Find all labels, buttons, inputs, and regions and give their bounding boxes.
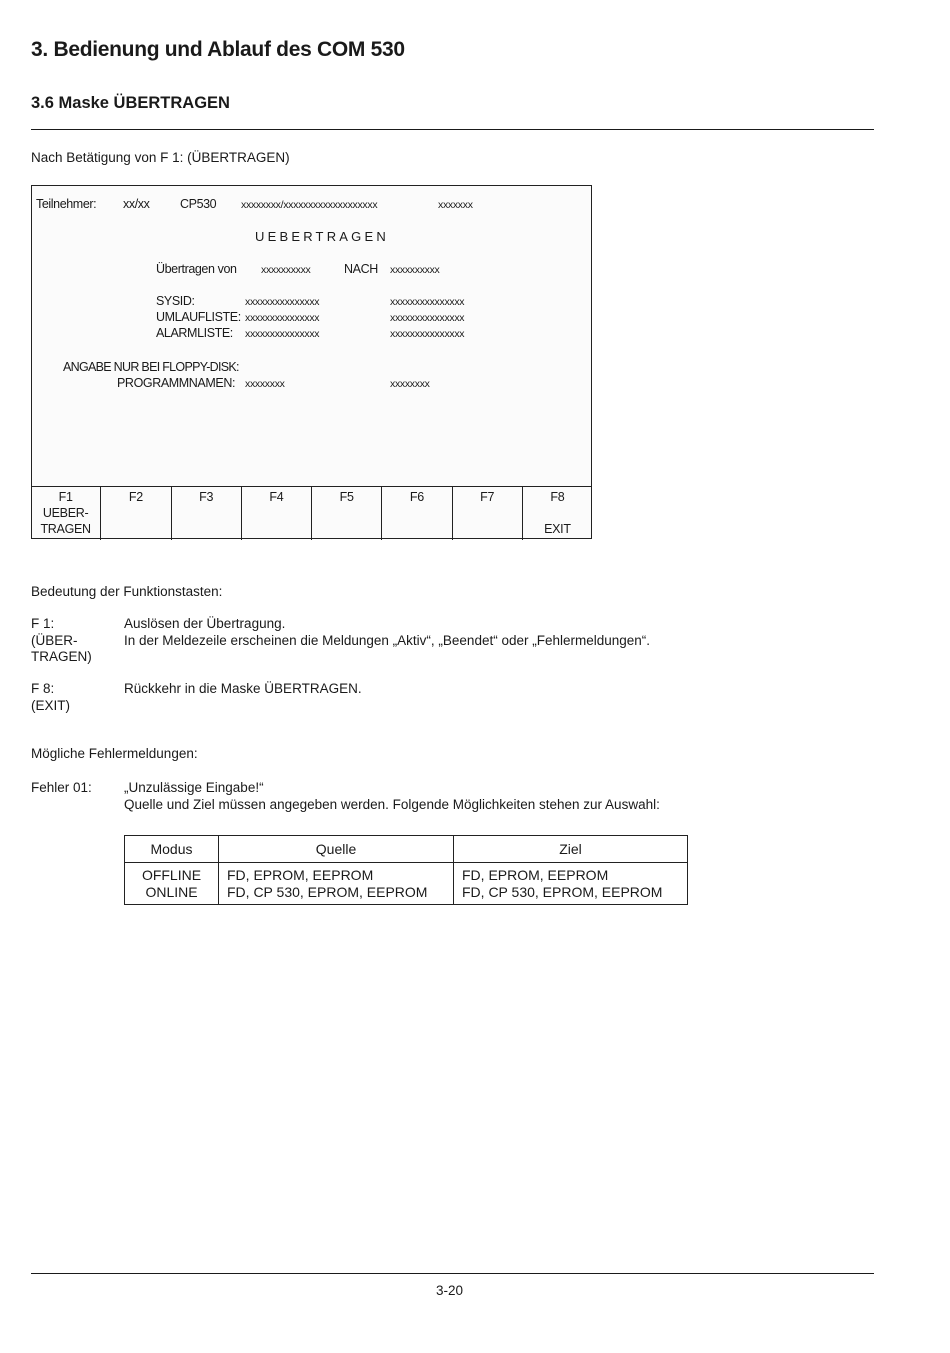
fkey-f1[interactable]: F1 UEBER- TRAGEN bbox=[31, 487, 101, 540]
function-keys-heading: Bedeutung der Funktionstasten: bbox=[31, 584, 222, 599]
transfer-from-label: Übertragen von bbox=[156, 262, 237, 276]
status-value: xxxxxxx bbox=[438, 199, 473, 211]
program-target-field[interactable]: xxxxxxxx bbox=[390, 378, 430, 390]
umlaufliste-source-field[interactable]: xxxxxxxxxxxxxxx bbox=[245, 312, 319, 324]
f8-description: Rückkehr in die Maske ÜBERTRAGEN. bbox=[124, 681, 362, 698]
alarmliste-source-field[interactable]: xxxxxxxxxxxxxxx bbox=[245, 328, 319, 340]
section-title: 3.6 Maske ÜBERTRAGEN bbox=[31, 94, 230, 113]
alarmliste-target-field[interactable]: xxxxxxxxxxxxxxx bbox=[390, 328, 464, 340]
program-names-label: PROGRAMMNAMEN: bbox=[117, 376, 235, 390]
alarmliste-label: ALARMLISTE: bbox=[156, 326, 233, 340]
fkey-f5[interactable]: F5 bbox=[312, 487, 382, 540]
floppy-note: ANGABE NUR BEI FLOPPY-DISK: bbox=[63, 360, 239, 374]
chapter-title: 3. Bedienung und Ablauf des COM 530 bbox=[31, 38, 405, 62]
error-message: „Unzulässige Eingabe!“ bbox=[124, 780, 660, 797]
page-number: 3-20 bbox=[436, 1283, 463, 1298]
table-header-modus: Modus bbox=[125, 836, 219, 863]
table-header-quelle: Quelle bbox=[219, 836, 454, 863]
fkey-f8[interactable]: F8 EXIT bbox=[523, 487, 592, 540]
fkey-f3[interactable]: F3 bbox=[172, 487, 242, 540]
f1-key-label: F 1: (ÜBER- TRAGEN) bbox=[31, 616, 92, 666]
program-source-field[interactable]: xxxxxxxx bbox=[245, 378, 285, 390]
fkey-f4[interactable]: F4 bbox=[242, 487, 312, 540]
error-code: Fehler 01: bbox=[31, 780, 92, 795]
transfer-to-field[interactable]: xxxxxxxxxx bbox=[390, 264, 440, 276]
error-description: „Unzulässige Eingabe!“ Quelle und Ziel m… bbox=[124, 780, 660, 813]
mask-title: UEBERTRAGEN bbox=[255, 229, 389, 244]
system-path-value: xxxxxxxx/xxxxxxxxxxxxxxxxxxx bbox=[241, 199, 377, 211]
footer-divider bbox=[31, 1273, 874, 1274]
function-key-bar: F1 UEBER- TRAGEN F2 F3 F4 F5 F6 F7 F8 EX… bbox=[31, 486, 592, 540]
umlaufliste-target-field[interactable]: xxxxxxxxxxxxxxx bbox=[390, 312, 464, 324]
participant-value: xx/xx bbox=[123, 197, 149, 211]
errors-heading: Mögliche Fehlermeldungen: bbox=[31, 746, 198, 761]
fkey-f2[interactable]: F2 bbox=[101, 487, 171, 540]
f8-key-label: F 8: (EXIT) bbox=[31, 681, 70, 714]
uebertragen-mask-screen: Teilnehmer: xx/xx CP530 xxxxxxxx/xxxxxxx… bbox=[31, 185, 592, 539]
device-value: CP530 bbox=[180, 197, 216, 211]
umlaufliste-label: UMLAUFLISTE: bbox=[156, 310, 241, 324]
sysid-target-field[interactable]: xxxxxxxxxxxxxxx bbox=[390, 296, 464, 308]
source-target-table: Modus Quelle Ziel OFFLINE ONLINE FD, EPR… bbox=[124, 835, 688, 905]
fkey-f6[interactable]: F6 bbox=[382, 487, 452, 540]
transfer-from-field[interactable]: xxxxxxxxxx bbox=[261, 264, 311, 276]
sysid-source-field[interactable]: xxxxxxxxxxxxxxx bbox=[245, 296, 319, 308]
transfer-to-label: NACH bbox=[344, 262, 378, 276]
f1-description: Auslösen der Übertragung. In der Meldeze… bbox=[124, 616, 650, 649]
intro-text: Nach Betätigung von F 1: (ÜBERTRAGEN) bbox=[31, 150, 290, 165]
table-row: OFFLINE ONLINE FD, EPROM, EEPROM FD, CP … bbox=[125, 863, 688, 905]
fkey-f7[interactable]: F7 bbox=[453, 487, 523, 540]
participant-label: Teilnehmer: bbox=[36, 197, 96, 211]
table-header-ziel: Ziel bbox=[454, 836, 688, 863]
sysid-label: SYSID: bbox=[156, 294, 195, 308]
header-divider bbox=[31, 129, 874, 130]
error-detail: Quelle und Ziel müssen angegeben werden.… bbox=[124, 797, 660, 814]
